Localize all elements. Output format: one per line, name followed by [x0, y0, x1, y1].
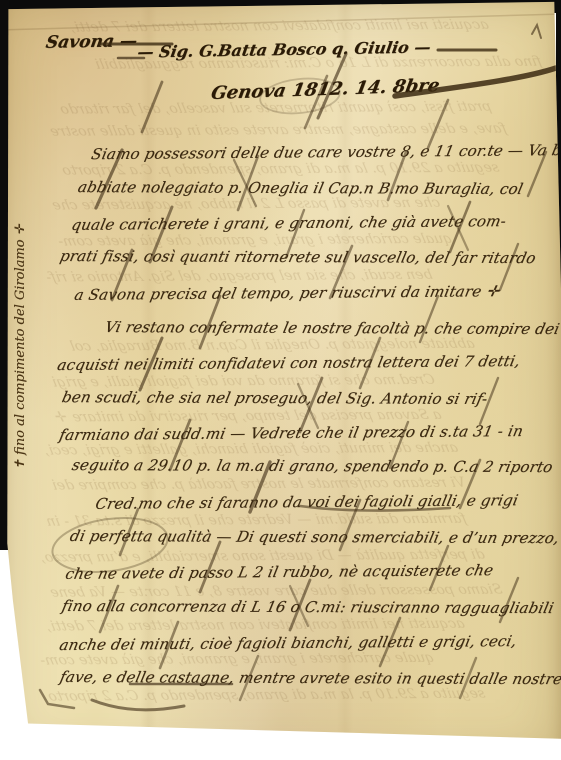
- bleedthrough-line: seguito a 29.10 p. la m.a di grano, spen…: [47, 685, 487, 704]
- handwritten-line: Cred.mo che si faranno da voi dei fagiol…: [94, 491, 520, 513]
- handwritten-line: a Savona precisa del tempo, per riuscirv…: [73, 282, 501, 304]
- bleedthrough-line: acquisti nei limiti confidatevi con nost…: [45, 616, 467, 635]
- handwritten-line: quale caricherete i grani, e granoni, ch…: [70, 212, 508, 234]
- scanned-letter-page: acquisti nei limiti confidatevi con nost…: [0, 0, 561, 760]
- handwritten-line: anche dei minuti, cioè fagioli bianchi, …: [58, 632, 519, 654]
- letter-paper-sheet: acquisti nei limiti confidatevi con nost…: [0, 0, 561, 760]
- bleedthrough-line: fave, e delle castagne, mentre avrete es…: [49, 120, 508, 139]
- handwritten-line: Vi restano confermate le nostre facoltà …: [103, 318, 561, 338]
- handwritten-line: fino alla concorrenza di L 16 o C.mi: ri…: [60, 597, 555, 617]
- handwritten-line: ben scudi, che sia nel proseguo, del Sig…: [60, 388, 489, 408]
- bleedthrough-line: che ne avete di passo L 2 il rubbo, nè a…: [51, 195, 442, 214]
- handwritten-line: di perfetta qualità — Di questi sono sme…: [68, 527, 561, 547]
- handwritten-line: che ne avete di passo L 2 il rubbo, nè a…: [64, 561, 495, 583]
- margin-note-vertical: ✝ fino al compimento del Girolamo ✛: [13, 224, 28, 470]
- handwritten-line: fave, e delle castagne, mentre avrete es…: [58, 668, 561, 688]
- bleedthrough-line: Vi restano confermate le nostre facoltà …: [51, 475, 467, 494]
- handwritten-line: abbiate noleggiato p. Oneglia il Cap.n B…: [76, 178, 525, 198]
- handwritten-line: seguito a 29.10 p. la m.a di grano, spen…: [70, 456, 554, 476]
- handwritten-line: prati fissi, così quanti ritornerete sul…: [58, 247, 537, 267]
- destination-city: Savona —: [44, 31, 138, 53]
- bleedthrough-line: abbiate noleggiato p. Oneglia il Cap.n B…: [69, 336, 477, 355]
- handwritten-line: acquisti nei limiti confidatevi con nost…: [56, 352, 522, 374]
